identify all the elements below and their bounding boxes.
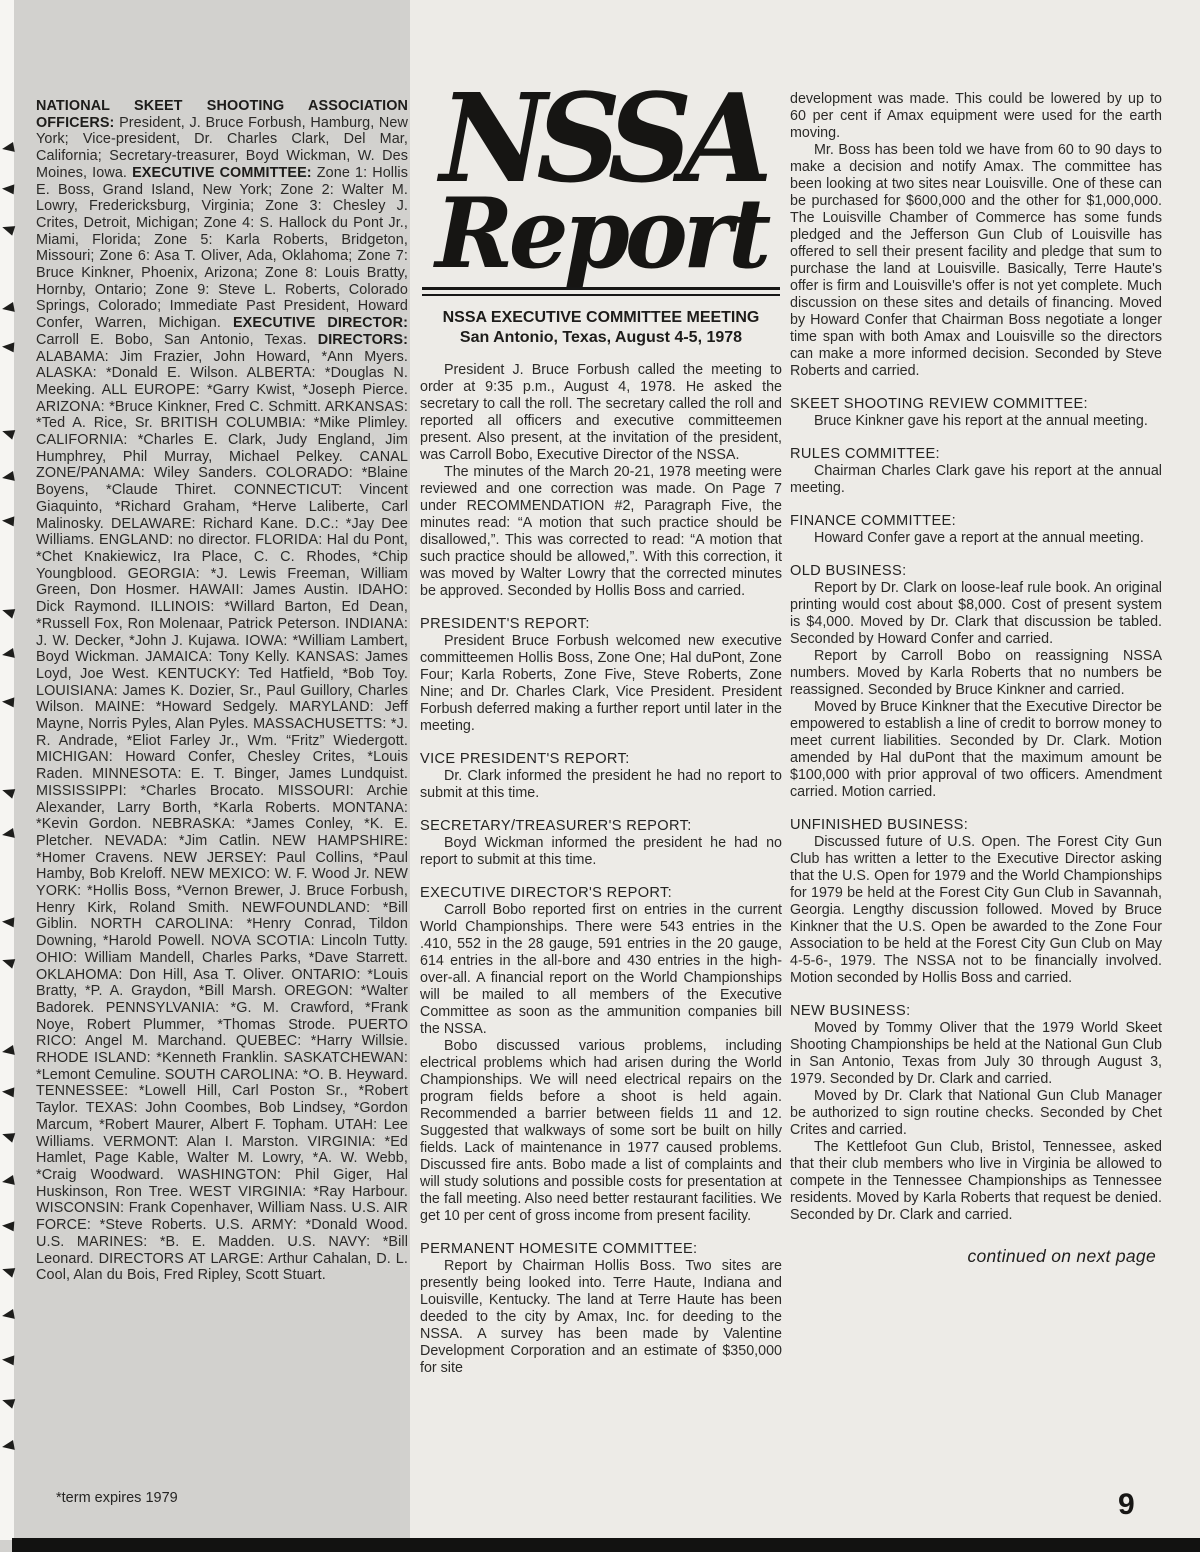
body-paragraph: President J. Bruce Forbush called the me… [420, 362, 782, 464]
report-column: NSSA Report NSSA EXECUTIVE COMMITTEE MEE… [420, 88, 782, 1377]
body-paragraph: Bobo discussed various problems, includi… [420, 1038, 782, 1225]
meeting-heading: NSSA EXECUTIVE COMMITTEE MEETING San Ant… [420, 308, 782, 348]
bottom-rule [12, 1538, 1200, 1552]
magazine-page: NATIONAL SKEET SHOOTING ASSOCIATION OFFI… [0, 0, 1200, 1552]
margin-mark-icon [2, 917, 15, 928]
margin-mark-icon [2, 1221, 15, 1232]
logo-nssa-text: NSSA [427, 88, 775, 188]
margin-mark-icon [2, 697, 15, 708]
margin-mark-icon [2, 342, 15, 353]
section-heading: EXECUTIVE DIRECTOR'S REPORT: [420, 885, 782, 902]
margin-mark-icon [1, 1440, 15, 1452]
body-paragraph: Boyd Wickman informed the president he h… [420, 835, 782, 869]
margin-mark-icon [1, 1309, 15, 1321]
margin-mark-icon [2, 184, 15, 195]
body-paragraph: Moved by Bruce Kinkner that the Executiv… [790, 699, 1162, 801]
margin-mark-icon [1, 471, 15, 483]
section-heading: PRESIDENT'S REPORT: [420, 616, 782, 633]
right-column-text: development was made. This could be lowe… [790, 91, 1162, 1224]
margin-mark-icon [1, 302, 15, 314]
body-paragraph: Report by Chairman Hollis Boss. Two site… [420, 1258, 782, 1377]
body-paragraph: Report by Carroll Bobo on reassigning NS… [790, 648, 1162, 699]
minutes-column: development was made. This could be lowe… [790, 91, 1162, 1267]
body-paragraph: Carroll Bobo reported first on entries i… [420, 902, 782, 1038]
body-paragraph: Discussed future of U.S. Open. The Fores… [790, 834, 1162, 987]
section-heading: OLD BUSINESS: [790, 563, 1162, 580]
margin-mark-icon [2, 1087, 15, 1098]
body-paragraph: Howard Confer gave a report at the annua… [790, 530, 1162, 547]
logo-report-text: Report [424, 188, 779, 279]
middle-column-text: President J. Bruce Forbush called the me… [420, 362, 782, 1377]
section-heading: UNFINISHED BUSINESS: [790, 817, 1162, 834]
margin-mark-icon [2, 516, 15, 527]
nssa-report-logo: NSSA Report [420, 88, 782, 296]
officers-bold-label: EXECUTIVE COMMITTEE: [132, 165, 317, 181]
margin-mark-icon [1, 828, 15, 840]
section-heading: SECRETARY/TREASURER'S REPORT: [420, 818, 782, 835]
officers-bold-label: EXECUTIVE DIRECTOR: [233, 315, 408, 331]
officers-text: Carroll E. Bobo, San Antonio, Texas. [36, 332, 318, 348]
body-paragraph: Report by Dr. Clark on loose-leaf rule b… [790, 580, 1162, 648]
meeting-heading-line1: NSSA EXECUTIVE COMMITTEE MEETING [420, 308, 782, 328]
body-paragraph: Moved by Tommy Oliver that the 1979 Worl… [790, 1020, 1162, 1088]
body-paragraph: development was made. This could be lowe… [790, 91, 1162, 142]
term-footnote: *term expires 1979 [56, 1490, 178, 1506]
page-number: 9 [1118, 1488, 1135, 1522]
body-paragraph: Moved by Dr. Clark that National Gun Clu… [790, 1088, 1162, 1139]
margin-mark-icon [1, 1175, 15, 1187]
section-heading: PERMANENT HOMESITE COMMITTEE: [420, 1241, 782, 1258]
officers-paragraph: NATIONAL SKEET SHOOTING ASSOCIATION OFFI… [36, 98, 408, 1284]
officers-text: ALABAMA: Jim Frazier, John Howard, *Ann … [36, 349, 408, 1284]
section-heading: VICE PRESIDENT'S REPORT: [420, 751, 782, 768]
meeting-heading-line2: San Antonio, Texas, August 4-5, 1978 [420, 328, 782, 348]
section-heading: RULES COMMITTEE: [790, 446, 1162, 463]
officers-bold-label: DIRECTORS: [318, 332, 408, 348]
margin-mark-icon [1, 648, 15, 660]
body-paragraph: Bruce Kinkner gave his report at the ann… [790, 413, 1162, 430]
margin-mark-icon [1, 142, 15, 154]
officers-text: Zone 1: Hollis E. Boss, Grand Island, Ne… [36, 165, 408, 331]
section-heading: FINANCE COMMITTEE: [790, 513, 1162, 530]
officers-column: NATIONAL SKEET SHOOTING ASSOCIATION OFFI… [36, 98, 408, 1284]
continued-note: continued on next page [790, 1246, 1162, 1267]
body-paragraph: The minutes of the March 20-21, 1978 mee… [420, 464, 782, 600]
body-paragraph: Chairman Charles Clark gave his report a… [790, 463, 1162, 497]
body-paragraph: Mr. Boss has been told we have from 60 t… [790, 142, 1162, 380]
margin-mark-icon [2, 1355, 15, 1366]
body-paragraph: The Kettlefoot Gun Club, Bristol, Tennes… [790, 1139, 1162, 1224]
body-paragraph: Dr. Clark informed the president he had … [420, 768, 782, 802]
margin-mark-icon [1, 1045, 15, 1057]
section-heading: SKEET SHOOTING REVIEW COMMITTEE: [790, 396, 1162, 413]
section-heading: NEW BUSINESS: [790, 1003, 1162, 1020]
body-paragraph: President Bruce Forbush welcomed new exe… [420, 633, 782, 735]
